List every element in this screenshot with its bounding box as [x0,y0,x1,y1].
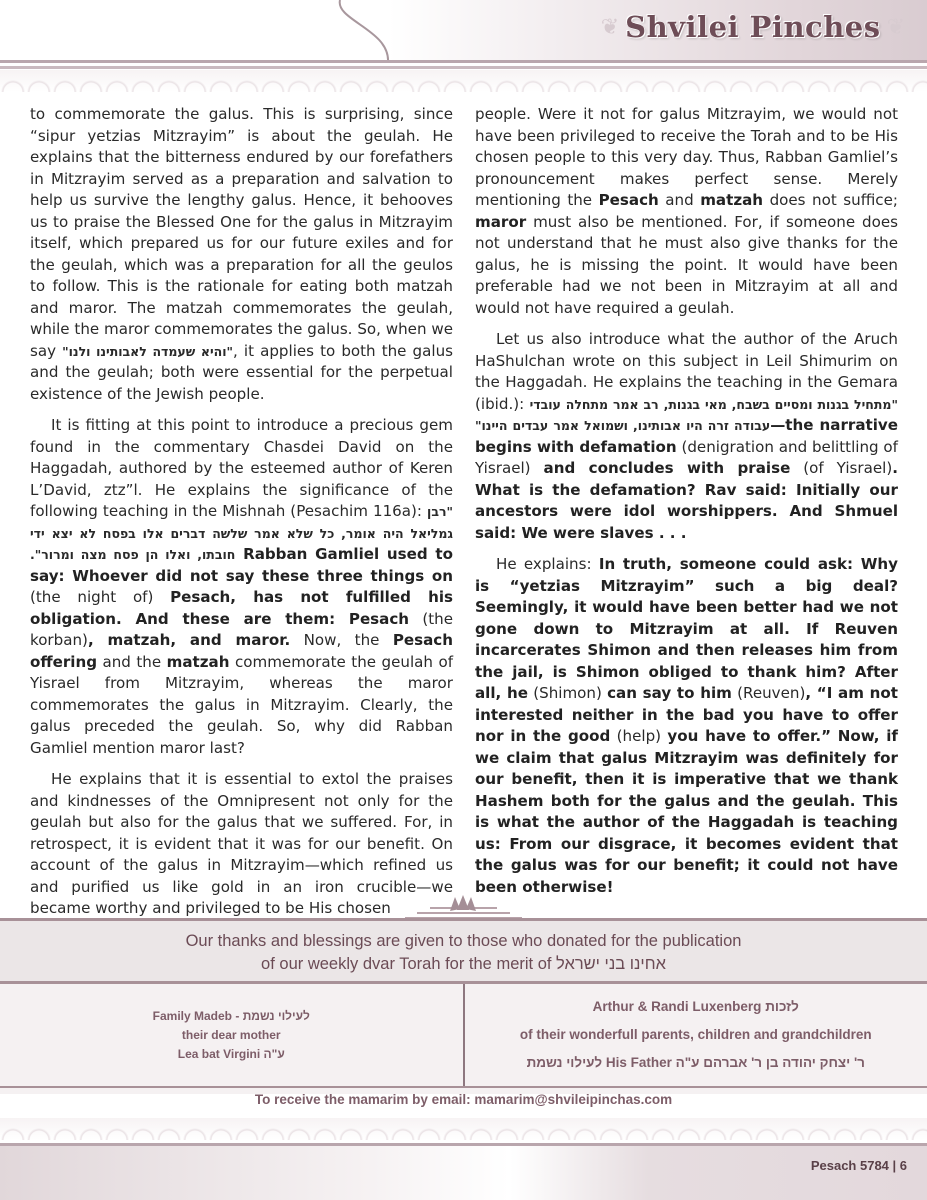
email-subscribe-line[interactable]: To receive the mamarim by email: mamarim… [0,1092,927,1107]
article-column-left: to commemorate the galus. This is surpri… [30,104,453,894]
bold-term: Pesach [599,191,659,209]
paragraph-text: He explains that it is essential to exto… [30,770,453,917]
paragraph-text: and [659,191,700,209]
donor-line: Arthur & Randi Luxenberg לזכות [593,993,799,1021]
lace-border-ornament [0,1118,927,1140]
bold-translation: and concludes with praise [544,459,791,477]
bold-translation: you have to offer.” Now, if we claim tha… [475,727,898,896]
paragraph-text: (of Yisrael) [790,459,892,477]
paragraph-text: Now, the [290,631,393,649]
bold-translation: , matzah, and maror. [88,631,290,649]
paragraph-text: does not suffice; [763,191,898,209]
publication-title: Shvilei Pinches [625,10,880,44]
donor-line: Family Madeb - לעילוי נשמת [153,1007,310,1026]
donor-cell-left: Family Madeb - לעילוי נשמת their dear mo… [0,984,465,1086]
banner-line: of our weekly dvar Torah for the merit o… [0,953,927,976]
article-column-right: people. Were it not for galus Mitzrayim,… [475,104,898,894]
brand: ❦ Shvilei Pinches ❦ [601,10,905,44]
paragraph-text: and the [97,653,167,671]
header-divider [0,66,927,69]
paragraph-text: He explains: [496,555,599,573]
page-footer [0,1146,927,1200]
donor-line: Lea bat Virgini ע"ה [178,1045,285,1064]
paragraph: to commemorate the galus. This is surpri… [30,104,453,405]
donation-banner: Our thanks and blessings are given to th… [0,918,927,1094]
bold-term: matzah [167,653,230,671]
donor-cells: Family Madeb - לעילוי נשמת their dear mo… [0,984,927,1088]
paragraph-text: (Shimon) [528,684,607,702]
hebrew-quote: "והיא שעמדה לאבותינו ולנו" [62,344,233,359]
swirl-ornament-icon: ❦ [887,15,905,40]
paragraph-text: (the night of) [30,588,170,606]
swirl-ornament-icon: ❦ [601,15,619,40]
banner-line: Our thanks and blessings are given to th… [0,930,927,953]
donor-line: their dear mother [182,1026,281,1045]
paragraph: Let us also introduce what the author of… [475,329,898,544]
donor-line: לעילוי נשמת His Father ר' יצחק יהודה בן … [527,1049,865,1077]
page-number-label: Pesach 5784 | 6 [811,1158,907,1173]
paragraph-text: to commemorate the galus. This is surpri… [30,105,453,360]
page-header: ❦ Shvilei Pinches ❦ [0,0,927,100]
bold-translation: In truth, someone could ask: Why is “yet… [475,555,898,702]
paragraph: It is fitting at this point to introduce… [30,415,453,759]
header-curve-ornament [330,0,410,62]
paragraph: He explains that it is essential to exto… [30,769,453,920]
lace-border-ornament [0,70,927,92]
paragraph: people. Were it not for galus Mitzrayim,… [475,104,898,319]
donor-line: of their wonderfull parents, children an… [520,1021,872,1049]
paragraph-text: (Reuven) [732,684,805,702]
bold-term: maror [475,213,526,231]
paragraph-text: (help) [610,727,667,745]
article-body: to commemorate the galus. This is surpri… [30,104,898,894]
donor-cell-right: Arthur & Randi Luxenberg לזכות of their … [465,984,927,1086]
paragraph: He explains: In truth, someone could ask… [475,554,898,898]
paragraph-text: It is fitting at this point to introduce… [30,416,453,520]
bold-term: matzah [700,191,763,209]
paragraph-text: must also be mentioned. For, if someone … [475,213,898,317]
header-divider [0,60,927,63]
banner-heading: Our thanks and blessings are given to th… [0,921,927,984]
bold-translation: can say to him [607,684,732,702]
